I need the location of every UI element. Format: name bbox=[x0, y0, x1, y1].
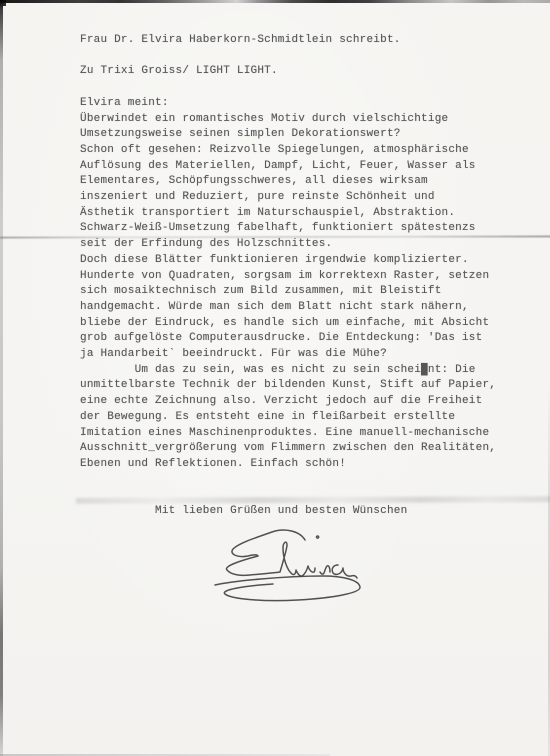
signature-name-stroke bbox=[226, 530, 357, 578]
signature-i-dot bbox=[316, 536, 318, 538]
letter-body-text: Frau Dr. Elvira Haberkorn-Schmidtlein sc… bbox=[80, 33, 496, 520]
scan-artifact-left-edge bbox=[0, 0, 3, 756]
handwritten-signature-elvira bbox=[203, 524, 373, 604]
scan-artifact-top-edge bbox=[0, 0, 550, 3]
scanned-letter-page: Frau Dr. Elvira Haberkorn-Schmidtlein sc… bbox=[0, 0, 550, 756]
signature-flourish-stroke bbox=[215, 576, 360, 601]
